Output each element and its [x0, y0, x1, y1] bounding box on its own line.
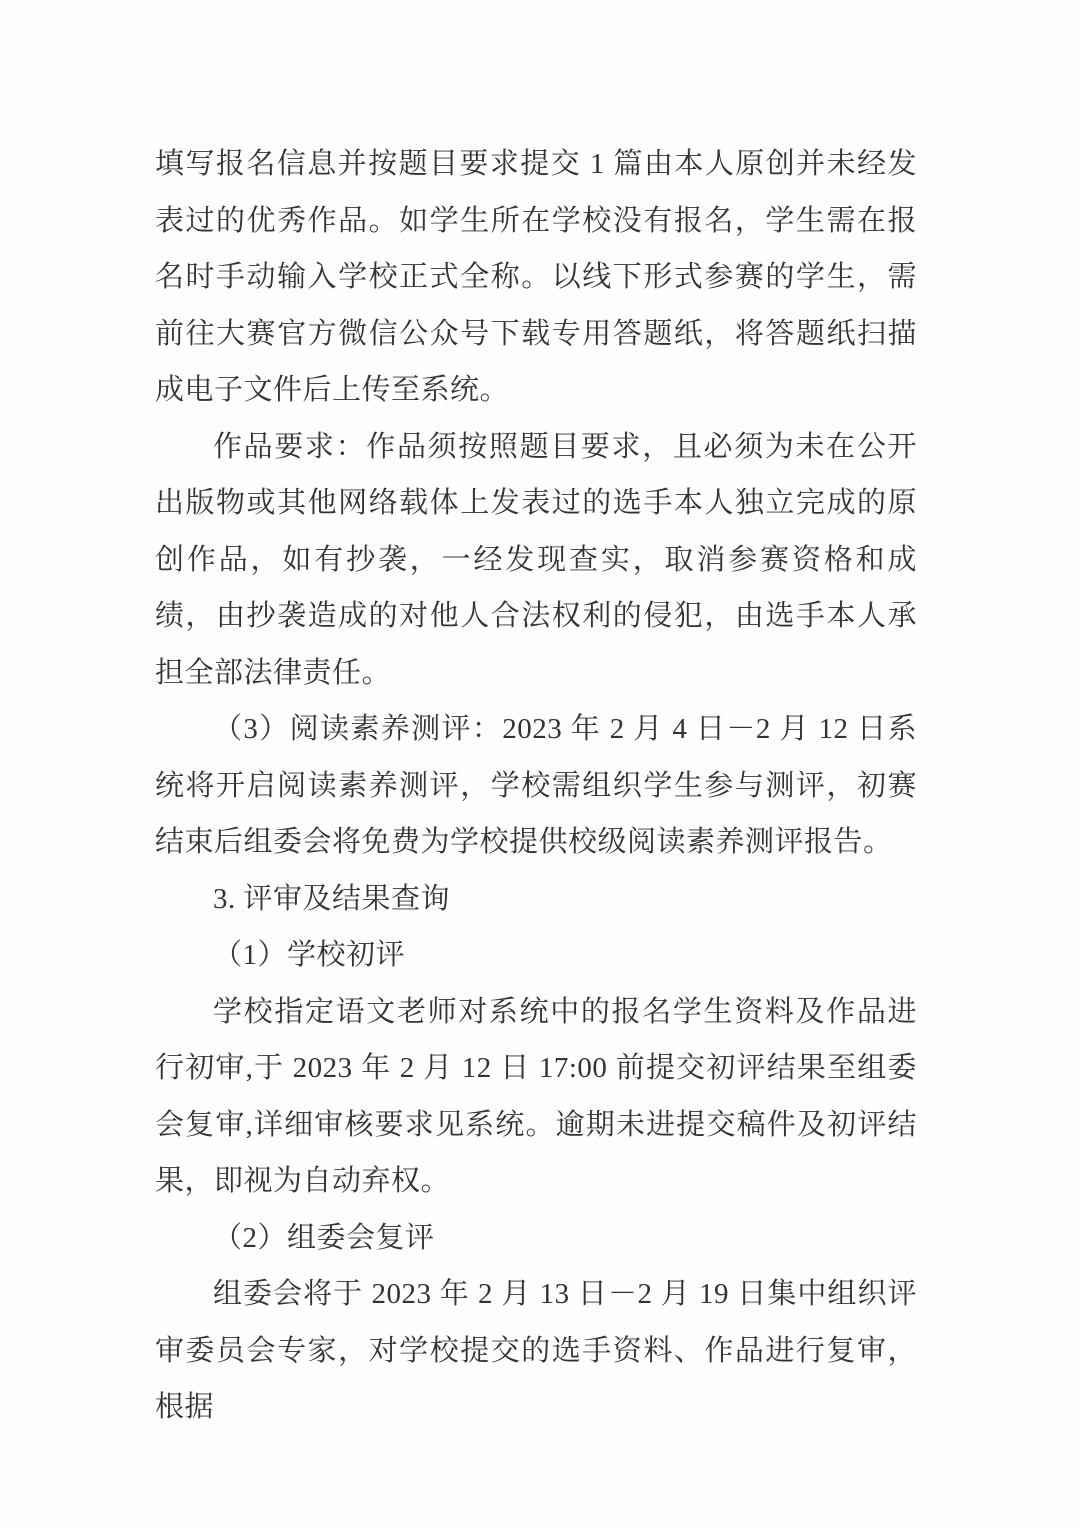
paragraph-registration-continuation: 填写报名信息并按题目要求提交 1 篇由本人原创并未经发表过的优秀作品。如学生所在…: [155, 136, 917, 419]
paragraph-committee-second-review: 组委会将于 2023 年 2 月 13 日－2 月 19 日集中组织评审委员会专…: [155, 1266, 917, 1436]
page-background: { "page": { "background_color": "#fefefe…: [0, 0, 1080, 1528]
paragraph-work-requirements: 作品要求：作品须按照题目要求，且必须为未在公开出版物或其他网络载体上发表过的选手…: [155, 419, 917, 702]
heading-school-preliminary-review: （1）学校初评: [155, 927, 917, 984]
document-page: 填写报名信息并按题目要求提交 1 篇由本人原创并未经发表过的优秀作品。如学生所在…: [0, 0, 1080, 1528]
heading-committee-second-review: （2）组委会复评: [155, 1210, 917, 1267]
heading-review-and-results: 3. 评审及结果查询: [155, 871, 917, 928]
paragraph-school-preliminary-review: 学校指定语文老师对系统中的报名学生资料及作品进行初审,于 2023 年 2 月 …: [155, 984, 917, 1210]
paragraph-reading-literacy-assessment: （3）阅读素养测评：2023 年 2 月 4 日－2 月 12 日系统将开启阅读…: [155, 701, 917, 871]
